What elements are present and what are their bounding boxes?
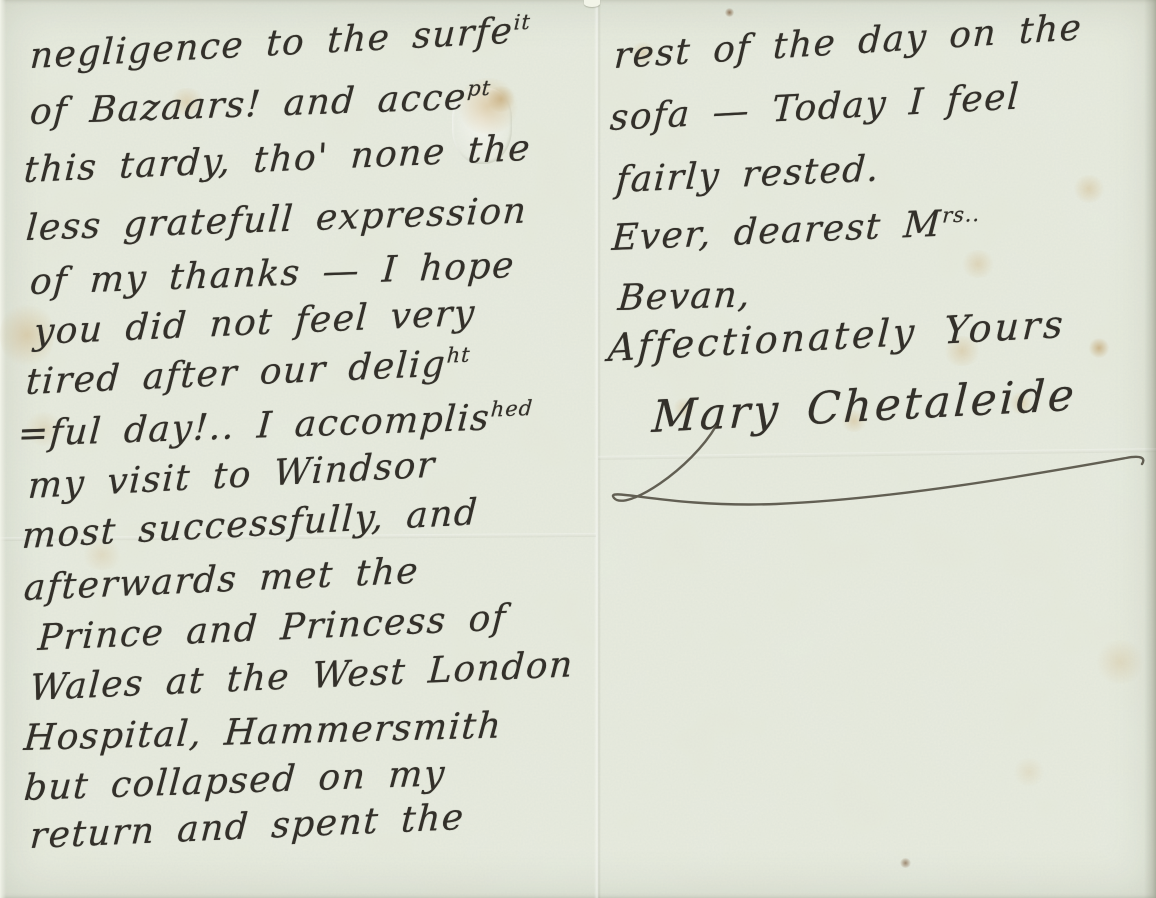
handwritten-line: afterwards met the [23,551,421,609]
line-text: this tardy, tho' none the [23,128,533,191]
line-text: less gratefull expression [25,190,529,249]
handwritten-line: sofa — Today I feel [609,76,1021,139]
handwritten-line: =ful day!.. I accomplished [17,396,534,455]
line-superscript: it [513,10,531,35]
line-text: sofa — Today I feel [609,76,1021,139]
handwritten-line: fairly rested. [615,148,881,201]
line-superscript: ht [446,343,471,368]
stain [960,250,996,278]
line-superscript: hed [490,396,534,422]
line-text: tired after our delig [25,344,448,403]
handwritten-line: less gratefull expression [25,190,529,249]
signature-flourish [596,424,1156,544]
handwritten-line: rest of the day on the [613,7,1083,77]
line-text: Hospital, Hammersmith [22,705,503,759]
handwritten-line: negligence to the surfeit [29,10,532,77]
line-text: Bevan, [616,274,752,319]
ink-speck [725,8,734,17]
line-text: fairly rested. [615,148,881,201]
signature: Mary Chetaleide [651,370,1079,443]
handwritten-line: tired after our delight [25,343,472,404]
stain [1094,640,1146,684]
handwritten-line: Hospital, Hammersmith [22,705,503,759]
line-text: rest of the day on the [613,7,1083,77]
fold-notch [584,0,600,7]
handwritten-line: Bevan, [616,274,752,319]
line-text: you did not feel very [33,293,477,353]
ink-speck [900,858,911,868]
signature-text: Mary Chetaleide [651,370,1079,443]
line-superscript: rs.. [942,202,981,228]
line-text: afterwards met the [23,551,421,609]
handwritten-line: Ever, dearest Mrs.. [611,202,981,259]
stain [1072,175,1106,203]
scan-edge-shadow [1144,0,1156,898]
stain [1088,338,1110,358]
handwritten-line: of Bazaars! and accept [29,76,492,133]
letter-scan: negligence to the surfeit of Bazaars! an… [0,0,1156,898]
stain [1012,758,1046,786]
line-text: Ever, dearest M [611,204,943,260]
horizontal-crease-right [598,448,1156,460]
handwritten-line: you did not feel very [33,293,477,353]
scan-edge-highlight [0,0,6,898]
center-fold-crease [594,0,601,898]
line-text: negligence to the surfe [29,11,514,77]
handwritten-line: this tardy, tho' none the [23,128,533,191]
line-text: of Bazaars! and acce [29,77,469,133]
line-superscript: pt [467,76,492,101]
